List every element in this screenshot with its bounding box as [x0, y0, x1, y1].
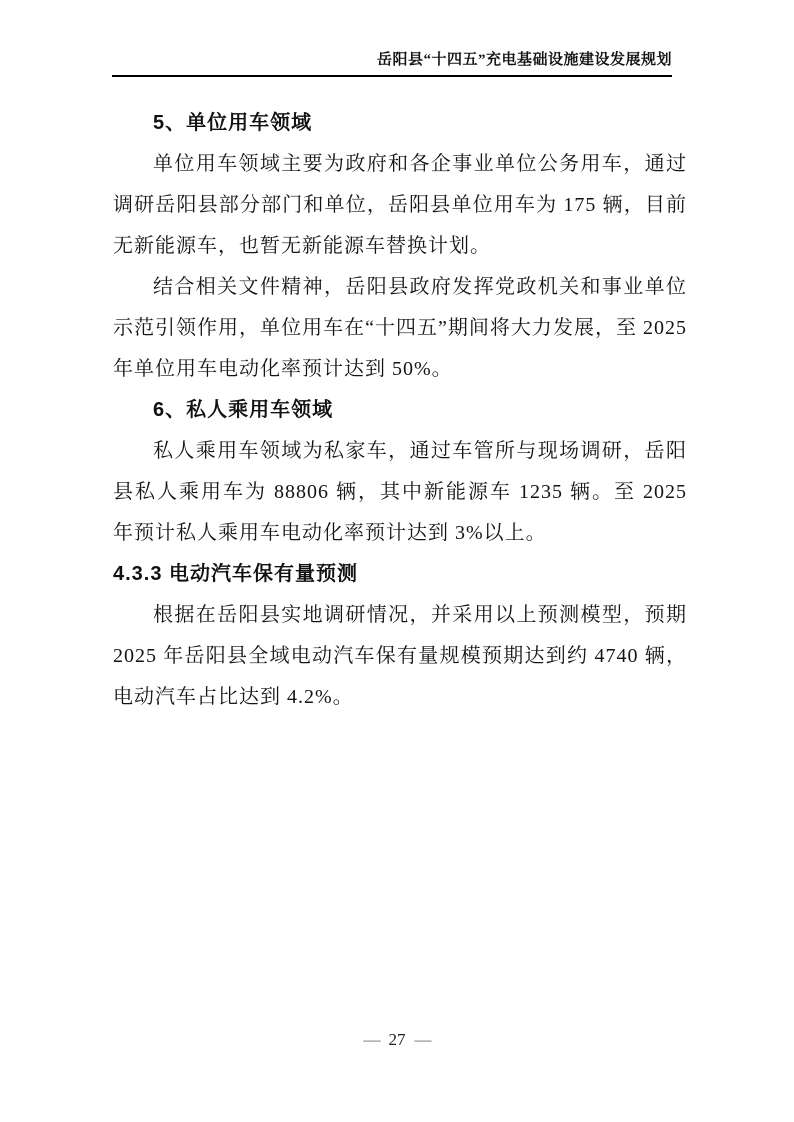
page-content: 5、单位用车领域 单位用车领域主要为政府和各企事业单位公务用车，通过调研岳阳县部…: [113, 103, 687, 718]
paragraph-unit-vehicles-overview: 单位用车领域主要为政府和各企事业单位公务用车，通过调研岳阳县部分部门和单位，岳阳…: [113, 144, 687, 267]
paragraph-unit-vehicles-policy: 结合相关文件精神，岳阳县政府发挥党政机关和事业单位示范引领作用，单位用车在“十四…: [113, 267, 687, 390]
paragraph-ev-ownership-forecast: 根据在岳阳县实地调研情况，并采用以上预测模型，预期 2025 年岳阳县全域电动汽…: [113, 595, 687, 718]
heading-private-vehicle-section: 6、私人乘用车领域: [113, 390, 687, 431]
page-header: 岳阳县“十四五”充电基础设施建设发展规划: [112, 48, 672, 77]
paragraph-private-vehicles: 私人乘用车领域为私家车，通过车管所与现场调研，岳阳县私人乘用车为 88806 辆…: [113, 431, 687, 554]
document-page: 岳阳县“十四五”充电基础设施建设发展规划 5、单位用车领域 单位用车领域主要为政…: [0, 0, 794, 1122]
heading-unit-vehicle-section: 5、单位用车领域: [113, 103, 687, 144]
heading-ev-ownership-forecast: 4.3.3 电动汽车保有量预测: [113, 554, 687, 595]
page-footer: —27—: [0, 1030, 794, 1050]
footer-dash-right: —: [415, 1030, 431, 1049]
header-title: 岳阳县“十四五”充电基础设施建设发展规划: [112, 48, 672, 69]
footer-dash-left: —: [364, 1030, 380, 1049]
page-number: 27: [389, 1030, 406, 1049]
